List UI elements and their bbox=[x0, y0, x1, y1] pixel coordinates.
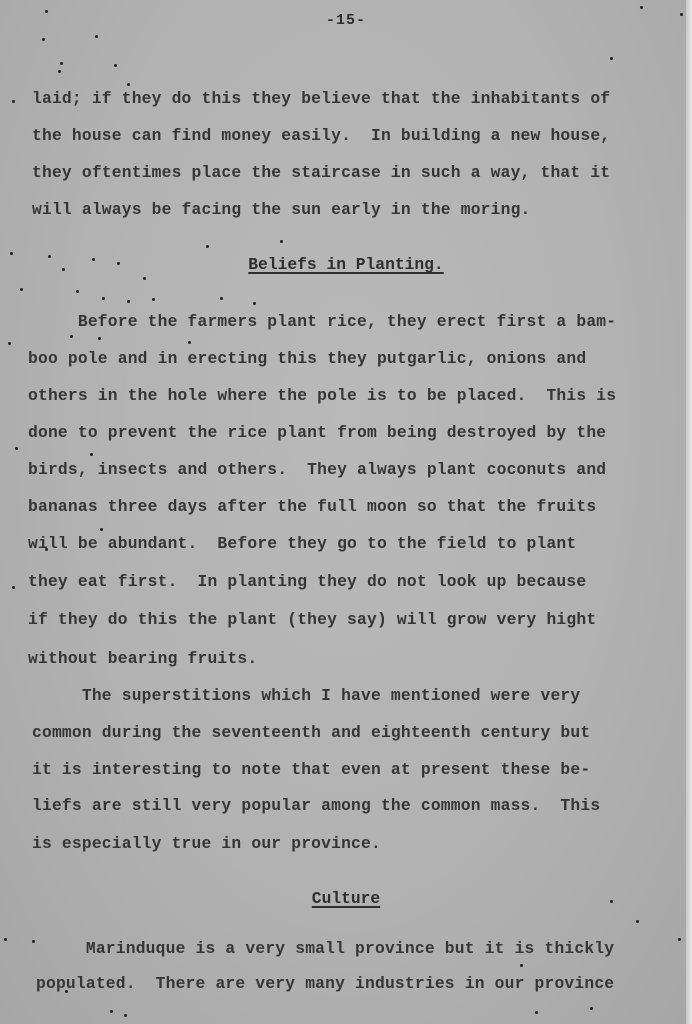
text-line: laid; if they do this they believe that … bbox=[32, 89, 610, 108]
heading-text: Beliefs in Planting. bbox=[248, 255, 443, 274]
text-line: will be abundant. Before they go to the … bbox=[28, 534, 576, 553]
text-line: Before the farmers plant rice, they erec… bbox=[28, 312, 616, 331]
text-line: populated. There are very many industrie… bbox=[36, 974, 614, 993]
section-heading-culture: Culture bbox=[0, 889, 692, 908]
text-line: will always be facing the sun early in t… bbox=[32, 200, 531, 219]
text-line: it is interesting to note that even at p… bbox=[32, 760, 590, 779]
section-heading-beliefs-in-planting: Beliefs in Planting. bbox=[0, 255, 692, 274]
text-line: bananas three days after the full moon s… bbox=[28, 497, 596, 516]
scanned-document-page: -15- laid; if they do this they believe … bbox=[0, 0, 692, 1024]
text-line: done to prevent the rice plant from bein… bbox=[28, 423, 606, 442]
text-line: they eat first. In planting they do not … bbox=[28, 572, 586, 591]
text-line: boo pole and in erecting this they putga… bbox=[28, 349, 586, 368]
text-line: they oftentimes place the staircase in s… bbox=[32, 163, 610, 182]
page-number: -15- bbox=[0, 12, 692, 29]
text-line: birds, insects and others. They always p… bbox=[28, 460, 606, 479]
text-line: if they do this the plant (they say) wil… bbox=[28, 610, 596, 629]
text-line: common during the seventeenth and eighte… bbox=[32, 723, 590, 742]
text-line: liefs are still very popular among the c… bbox=[32, 796, 600, 815]
text-line: without bearing fruits. bbox=[28, 649, 257, 668]
text-line: The superstitions which I have mentioned… bbox=[32, 686, 580, 705]
text-line: is especially true in our province. bbox=[32, 834, 381, 853]
text-line: Marinduque is a very small province but … bbox=[36, 939, 614, 958]
text-line: the house can find money easily. In buil… bbox=[32, 126, 610, 145]
heading-text: Culture bbox=[312, 889, 380, 908]
text-line: others in the hole where the pole is to … bbox=[28, 386, 616, 405]
